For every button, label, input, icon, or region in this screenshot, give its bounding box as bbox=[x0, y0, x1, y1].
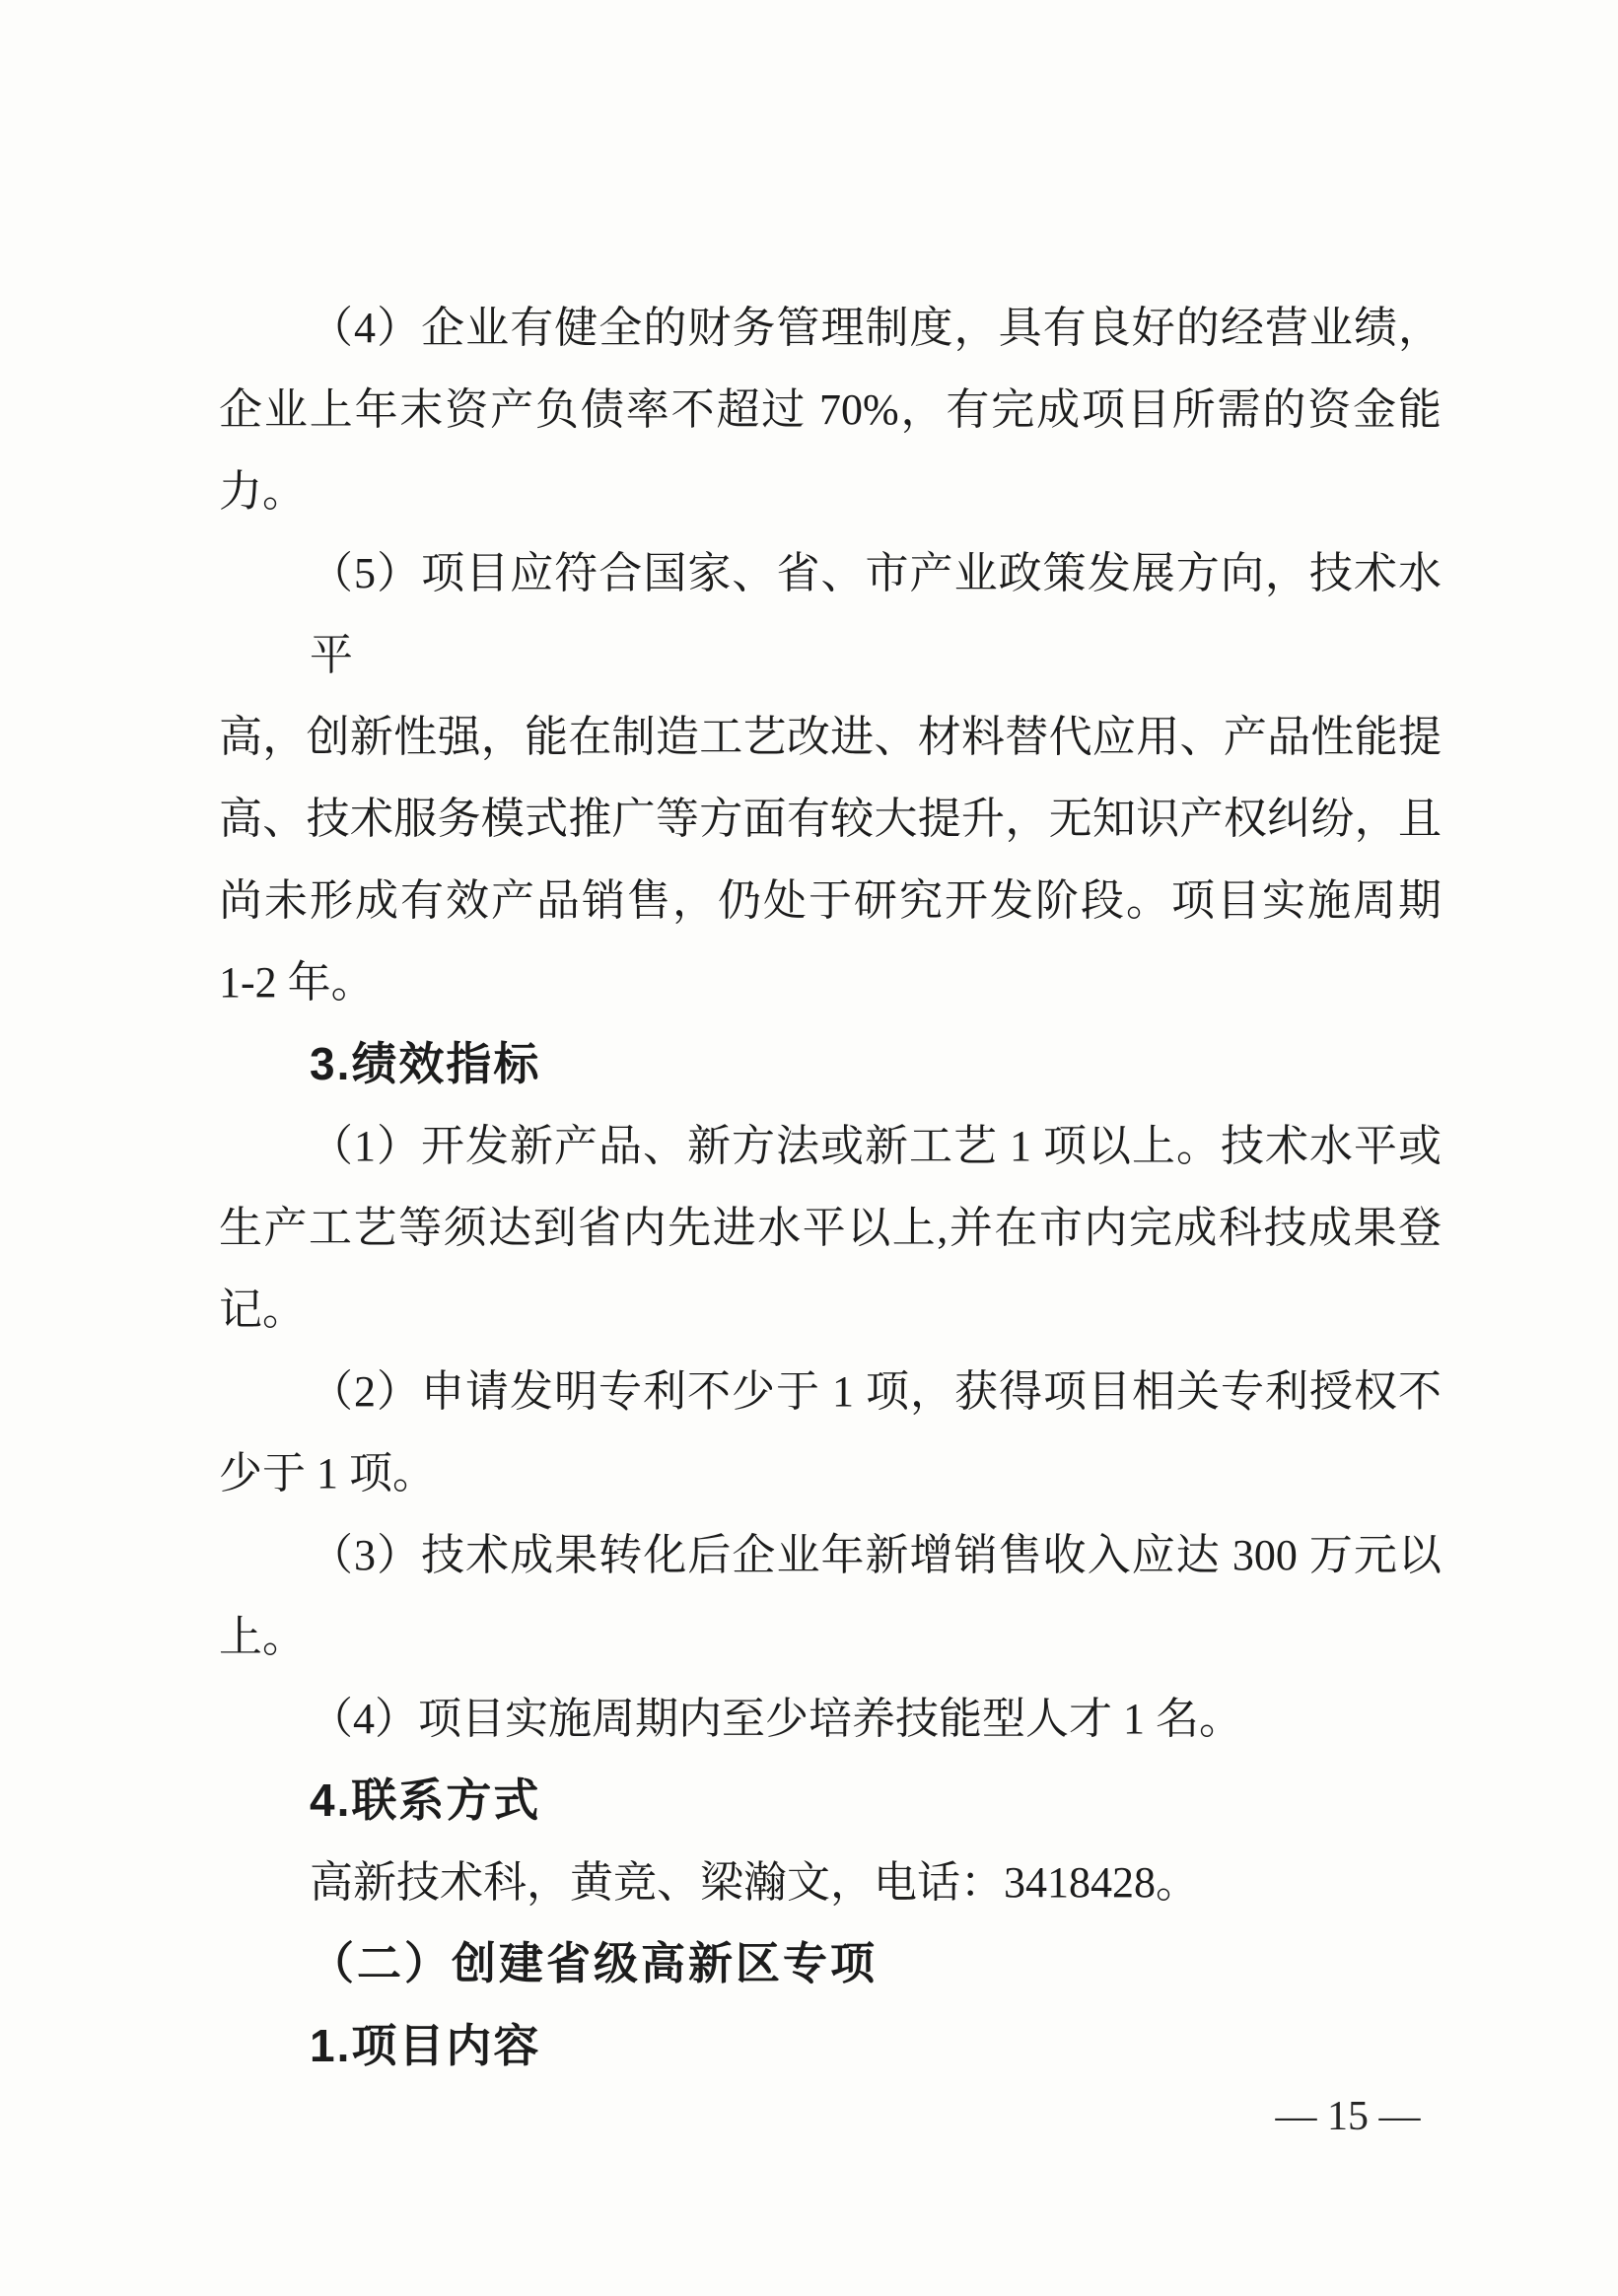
text-line: 高、技术服务模式推广等方面有较大提升，无知识产权纠纷，且 bbox=[219, 778, 1442, 860]
text-line: 力。 bbox=[219, 451, 1442, 532]
document-page: （4）企业有健全的财务管理制度，具有良好的经营业绩， 企业上年末资产负债率不超过… bbox=[0, 0, 1618, 2296]
text-line: 少于 1 项。 bbox=[219, 1432, 1442, 1514]
section-heading: 4.联系方式 bbox=[219, 1760, 1442, 1842]
text-line: 记。 bbox=[219, 1269, 1442, 1351]
document-body: （4）企业有健全的财务管理制度，具有良好的经营业绩， 企业上年末资产负债率不超过… bbox=[219, 287, 1442, 2087]
text-line: 高，创新性强，能在制造工艺改进、材料替代应用、产品性能提 bbox=[219, 696, 1442, 778]
text-line: 企业上年末资产负债率不超过 70%，有完成项目所需的资金能 bbox=[219, 369, 1442, 451]
page-number: — 15 — bbox=[1249, 2090, 1446, 2143]
text-line: （3）技术成果转化后企业年新增销售收入应达 300 万元以 bbox=[219, 1514, 1442, 1596]
text-line: 1-2 年。 bbox=[219, 941, 1442, 1023]
text-line: 上。 bbox=[219, 1596, 1442, 1678]
text-line: （5）项目应符合国家、省、市产业政策发展方向，技术水平 bbox=[219, 532, 1442, 696]
section-heading: （二）创建省级高新区专项 bbox=[219, 1923, 1442, 2005]
section-heading: 3.绩效指标 bbox=[219, 1023, 1442, 1105]
section-heading: 1.项目内容 bbox=[219, 2005, 1442, 2087]
text-line: （4）项目实施周期内至少培养技能型人才 1 名。 bbox=[219, 1678, 1442, 1760]
text-line: 生产工艺等须达到省内先进水平以上,并在市内完成科技成果登 bbox=[219, 1187, 1442, 1269]
text-line: （1）开发新产品、新方法或新工艺 1 项以上。技术水平或 bbox=[219, 1105, 1442, 1187]
text-line: 尚未形成有效产品销售，仍处于研究开发阶段。项目实施周期 bbox=[219, 860, 1442, 941]
text-line: （4）企业有健全的财务管理制度，具有良好的经营业绩， bbox=[219, 287, 1442, 369]
contact-line: 高新技术科，黄竞、梁瀚文，电话：3418428。 bbox=[219, 1842, 1442, 1923]
text-line: （2）申请发明专利不少于 1 项，获得项目相关专利授权不 bbox=[219, 1351, 1442, 1432]
